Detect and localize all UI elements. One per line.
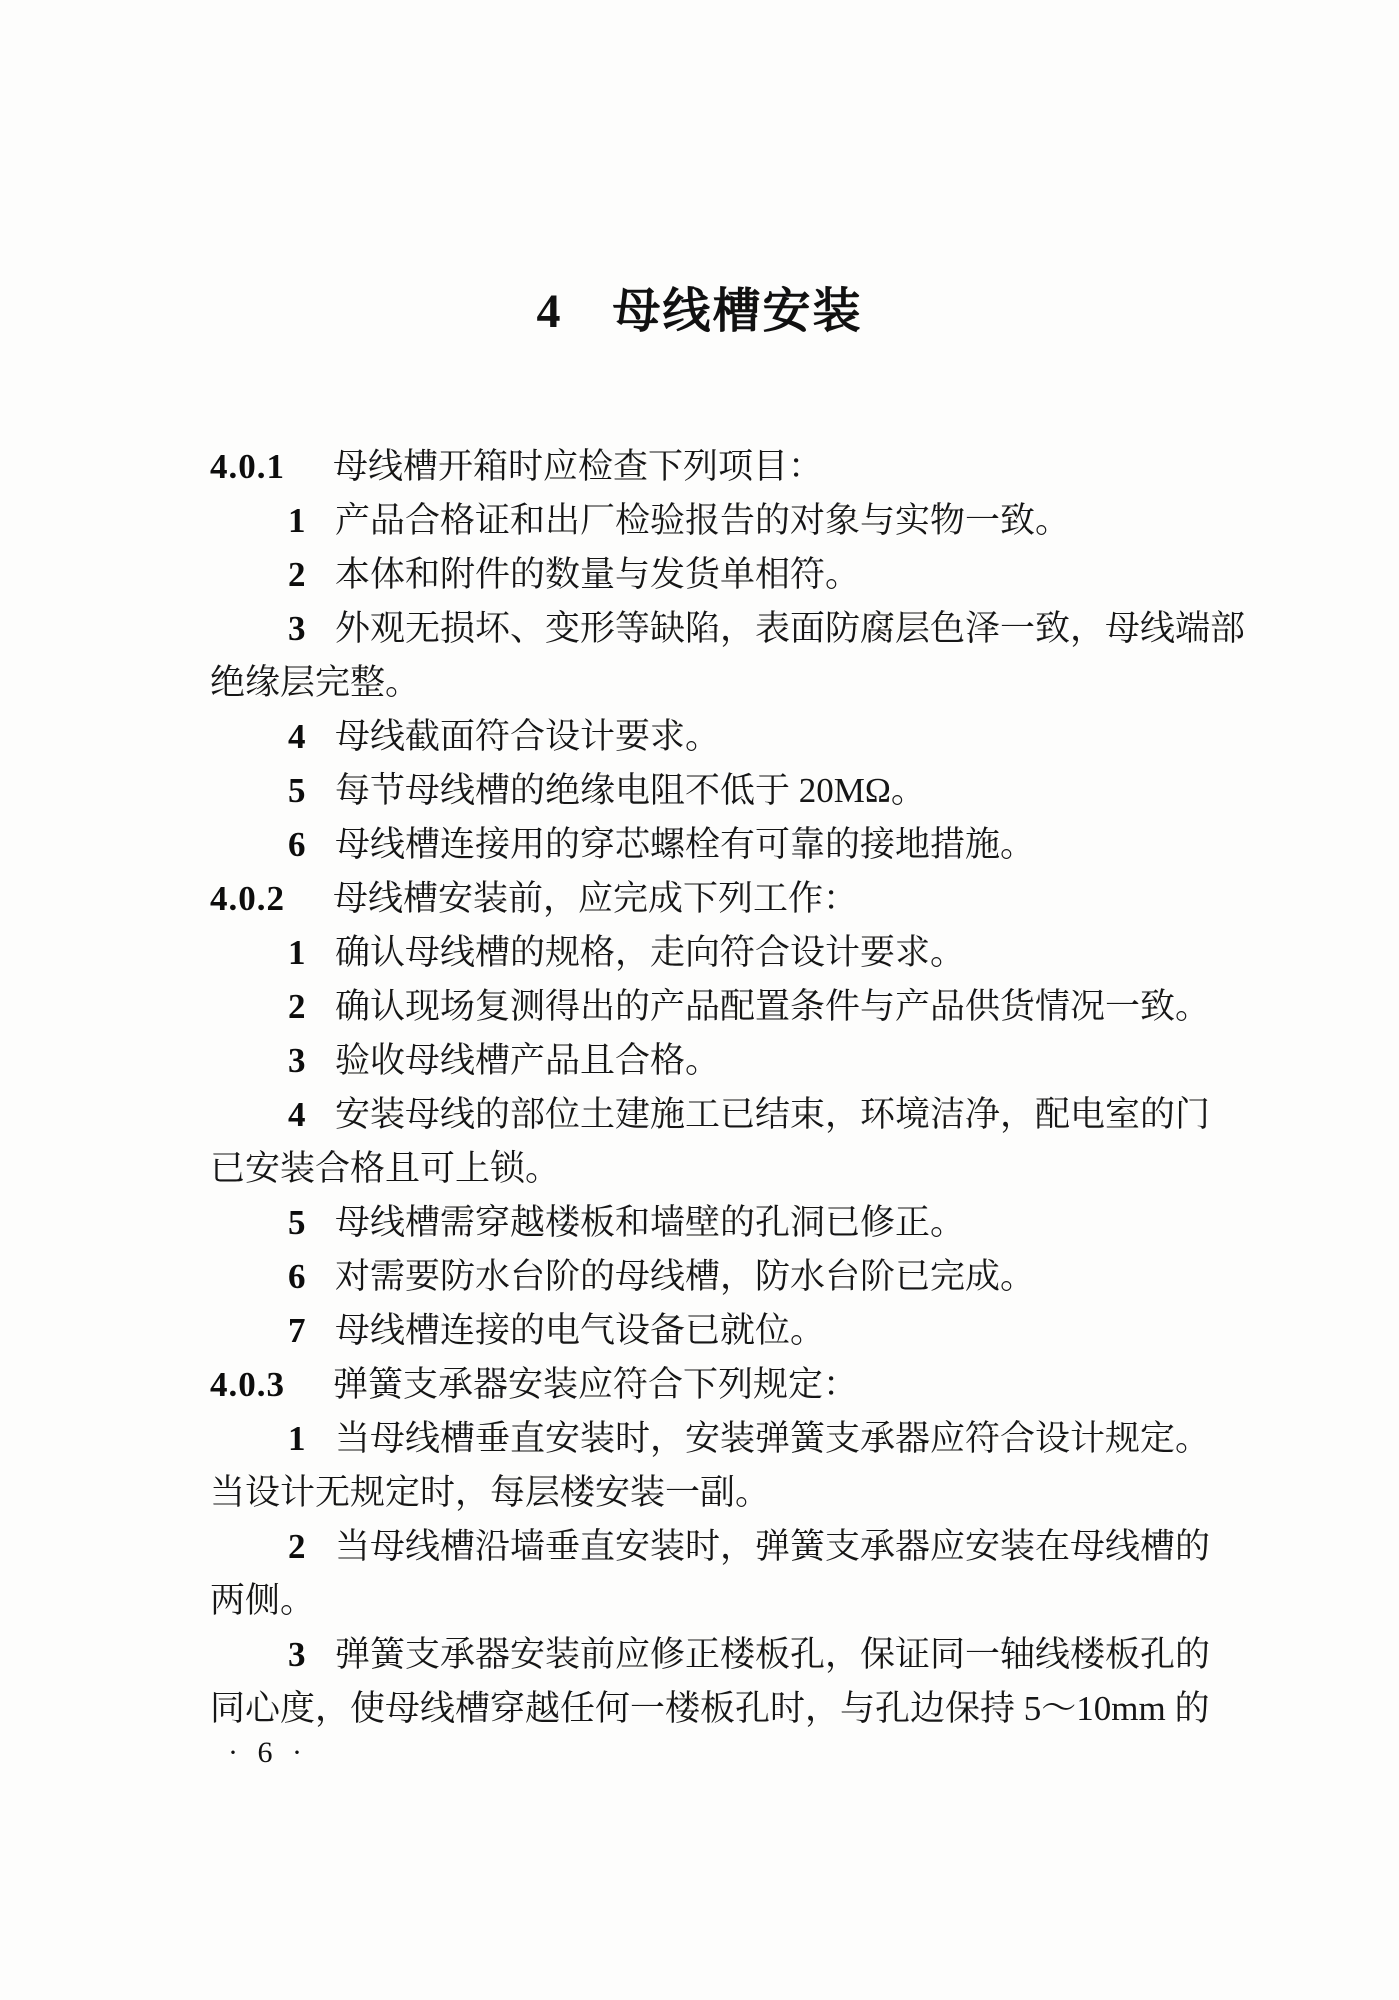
chapter-name: 母线槽安装 [612, 272, 862, 341]
line-text: 验收母线槽产品且合格。 [335, 1041, 720, 1080]
document-page: 4 母线槽安装 4.0.1母线槽开箱时应检查下列项目：1产品合格证和出厂检验报告… [0, 0, 1399, 2000]
item-line: 7母线槽连接的电气设备已就位。 [210, 1304, 1270, 1358]
item-number: 3 [288, 1628, 335, 1682]
clause-line: 4.0.1母线槽开箱时应检查下列项目： [210, 440, 1270, 494]
line-text: 已安装合格且可上锁。 [210, 1149, 560, 1188]
clause-line: 4.0.2母线槽安装前，应完成下列工作： [210, 872, 1270, 926]
item-line: 3弹簧支承器安装前应修正楼板孔，保证同一轴线楼板孔的 [210, 1628, 1270, 1682]
clause-number: 4.0.3 [210, 1358, 333, 1412]
line-text: 弹簧支承器安装前应修正楼板孔，保证同一轴线楼板孔的 [335, 1635, 1210, 1674]
item-line: 6母线槽连接用的穿芯螺栓有可靠的接地措施。 [210, 818, 1270, 872]
line-text: 同心度，使母线槽穿越任何一楼板孔时，与孔边保持 5～10mm 的 [210, 1689, 1209, 1728]
item-line: 1当母线槽垂直安装时，安装弹簧支承器应符合设计规定。 [210, 1412, 1270, 1466]
item-line: 2本体和附件的数量与发货单相符。 [210, 548, 1270, 602]
line-text: 本体和附件的数量与发货单相符。 [335, 555, 860, 594]
item-line: 6对需要防水台阶的母线槽，防水台阶已完成。 [210, 1250, 1270, 1304]
chapter-title: 4 母线槽安装 [0, 272, 1399, 341]
line-text: 母线槽安装前，应完成下列工作： [333, 879, 858, 918]
item-number: 5 [288, 1196, 335, 1250]
line-text: 确认现场复测得出的产品配置条件与产品供货情况一致。 [335, 987, 1210, 1026]
line-text: 对需要防水台阶的母线槽，防水台阶已完成。 [335, 1257, 1035, 1296]
wrap-line: 两侧。 [210, 1574, 1270, 1628]
item-line: 4母线截面符合设计要求。 [210, 710, 1270, 764]
item-number: 2 [288, 980, 335, 1034]
item-number: 3 [288, 602, 335, 656]
line-text: 母线槽连接用的穿芯螺栓有可靠的接地措施。 [335, 825, 1035, 864]
item-number: 1 [288, 494, 335, 548]
line-text: 弹簧支承器安装应符合下列规定： [333, 1365, 858, 1404]
item-line: 1产品合格证和出厂检验报告的对象与实物一致。 [210, 494, 1270, 548]
line-text: 母线槽开箱时应检查下列项目： [333, 447, 823, 486]
wrap-line: 同心度，使母线槽穿越任何一楼板孔时，与孔边保持 5～10mm 的 [210, 1682, 1270, 1736]
wrap-line: 已安装合格且可上锁。 [210, 1142, 1270, 1196]
clause-text-block: 4.0.1母线槽开箱时应检查下列项目：1产品合格证和出厂检验报告的对象与实物一致… [210, 440, 1270, 1736]
line-text: 母线槽连接的电气设备已就位。 [335, 1311, 825, 1350]
item-number: 7 [288, 1304, 335, 1358]
item-number: 1 [288, 926, 335, 980]
item-line: 5母线槽需穿越楼板和墙壁的孔洞已修正。 [210, 1196, 1270, 1250]
wrap-line: 绝缘层完整。 [210, 656, 1270, 710]
item-number: 4 [288, 1088, 335, 1142]
item-line: 4安装母线的部位土建施工已结束，环境洁净，配电室的门 [210, 1088, 1270, 1142]
line-text: 绝缘层完整。 [210, 663, 420, 702]
item-number: 2 [288, 548, 335, 602]
item-number: 6 [288, 818, 335, 872]
wrap-line: 当设计无规定时，每层楼安装一副。 [210, 1466, 1270, 1520]
item-number: 6 [288, 1250, 335, 1304]
line-text: 安装母线的部位土建施工已结束，环境洁净，配电室的门 [335, 1095, 1210, 1134]
item-number: 5 [288, 764, 335, 818]
item-line: 3验收母线槽产品且合格。 [210, 1034, 1270, 1088]
item-number: 2 [288, 1520, 335, 1574]
line-text: 当设计无规定时，每层楼安装一副。 [210, 1473, 770, 1512]
line-text: 确认母线槽的规格，走向符合设计要求。 [335, 933, 965, 972]
item-number: 4 [288, 710, 335, 764]
clause-number: 4.0.1 [210, 440, 333, 494]
chapter-number: 4 [536, 284, 562, 339]
line-text: 当母线槽垂直安装时，安装弹簧支承器应符合设计规定。 [335, 1419, 1210, 1458]
item-number: 1 [288, 1412, 335, 1466]
line-text: 每节母线槽的绝缘电阻不低于 20MΩ。 [335, 771, 926, 810]
item-number: 3 [288, 1034, 335, 1088]
line-text: 母线截面符合设计要求。 [335, 717, 720, 756]
line-text: 产品合格证和出厂检验报告的对象与实物一致。 [335, 501, 1070, 540]
item-line: 2当母线槽沿墙垂直安装时，弹簧支承器应安装在母线槽的 [210, 1520, 1270, 1574]
item-line: 1确认母线槽的规格，走向符合设计要求。 [210, 926, 1270, 980]
item-line: 3外观无损坏、变形等缺陷，表面防腐层色泽一致，母线端部 [210, 602, 1270, 656]
item-line: 5每节母线槽的绝缘电阻不低于 20MΩ。 [210, 764, 1270, 818]
clause-line: 4.0.3弹簧支承器安装应符合下列规定： [210, 1358, 1270, 1412]
line-text: 两侧。 [210, 1581, 315, 1620]
clause-number: 4.0.2 [210, 872, 333, 926]
page-number: · 6 · [228, 1736, 308, 1770]
line-text: 当母线槽沿墙垂直安装时，弹簧支承器应安装在母线槽的 [335, 1527, 1210, 1566]
item-line: 2确认现场复测得出的产品配置条件与产品供货情况一致。 [210, 980, 1270, 1034]
line-text: 外观无损坏、变形等缺陷，表面防腐层色泽一致，母线端部 [335, 609, 1245, 648]
line-text: 母线槽需穿越楼板和墙壁的孔洞已修正。 [335, 1203, 965, 1242]
